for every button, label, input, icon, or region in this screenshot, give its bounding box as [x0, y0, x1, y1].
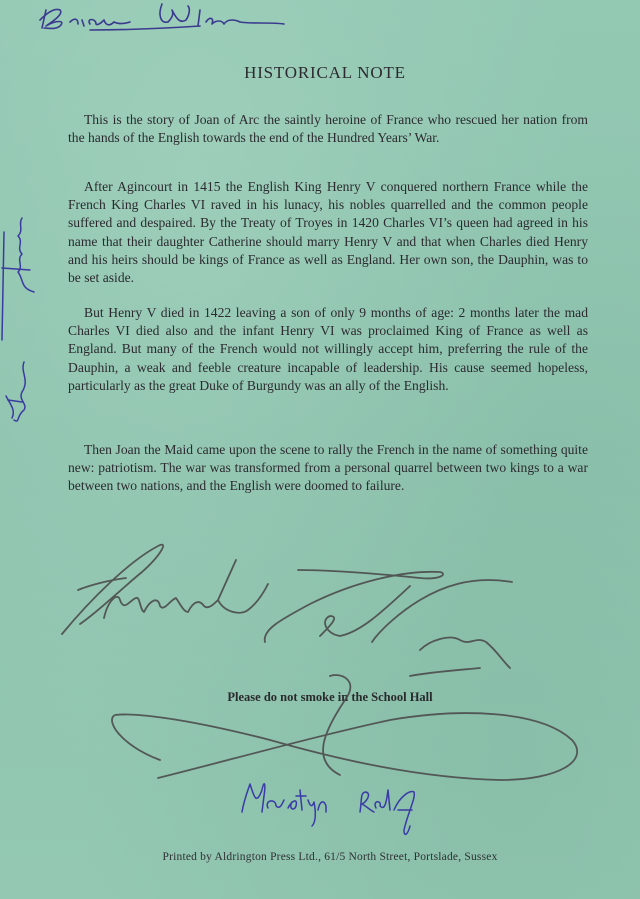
paragraph-henry-death: But Henry V died in 1422 leaving a son o…	[68, 304, 588, 395]
printer-imprint: Printed by Aldrington Press Ltd., 61/5 N…	[0, 851, 640, 863]
paragraph-joan: Then Joan the Maid came upon the scene t…	[68, 441, 588, 496]
no-smoking-notice: Please do not smoke in the School Hall	[0, 690, 640, 705]
paragraph-intro: This is the story of Joan of Arc the sai…	[68, 111, 588, 147]
page-title: HISTORICAL NOTE	[0, 63, 640, 83]
paragraph-agincourt: After Agincourt in 1415 the English King…	[68, 178, 588, 287]
